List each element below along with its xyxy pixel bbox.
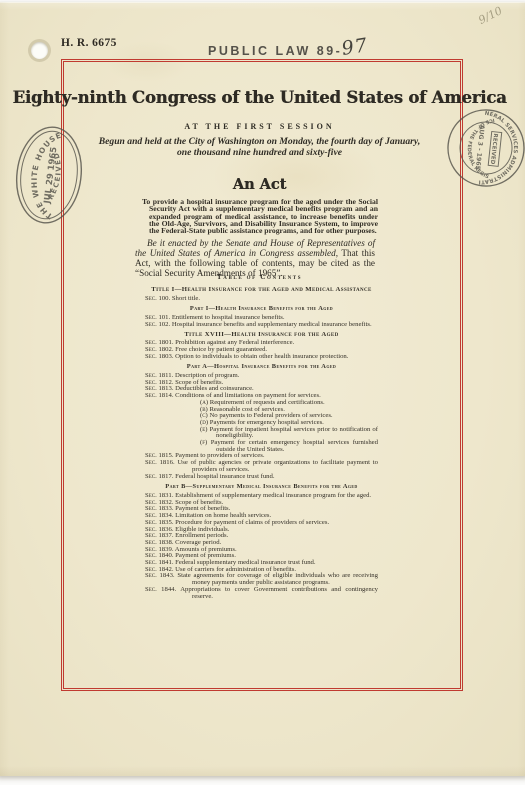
- public-law-stamp-text: PUBLIC LAW 89-: [208, 44, 342, 58]
- toc-entry-label: Sec. 1816.: [145, 459, 175, 466]
- toc-entry-sub: (f) Payment for certain emergency hospit…: [145, 440, 378, 453]
- bill-number: H. R. 6675: [61, 37, 117, 49]
- toc-entry-label: Sec. 1844.: [145, 586, 176, 593]
- toc-entry-sub: (e) Payment for inpatient hospital servi…: [145, 427, 378, 440]
- toc-entry-sec: Sec. 1817. Federal hospital insurance tr…: [145, 474, 378, 481]
- toc-entry-label: Sec. 100.: [145, 295, 170, 302]
- toc-entry-part: Part B—Supplementary Medical Insurance B…: [145, 484, 378, 491]
- toc-entry-sec: Sec. 1844. Appropriations to cover Gover…: [145, 587, 378, 600]
- toc-entry-sec: Sec. 1843. State agreements for coverage…: [145, 573, 378, 586]
- toc-entry-label: (e): [200, 426, 208, 433]
- gsa-received-stamp: GENERAL SERVICES ADMINISTRATION RECEIVED…: [442, 104, 525, 192]
- toc-entry-sec: Sec. 100. Short title.: [145, 296, 378, 303]
- congress-title: Eighty-ninth Congress of the United Stat…: [0, 88, 522, 107]
- punch-hole: [31, 42, 48, 59]
- toc-entry-label: Sec. 1843.: [145, 572, 175, 579]
- toc-entry-title: Title XVIII—Health Insurance for the Age…: [145, 332, 378, 339]
- public-law-number-handwritten: 97: [340, 34, 369, 60]
- gsa-stamp-received: RECEIVED: [489, 133, 498, 165]
- toc-entry-sec: Sec. 1816. Use of public agencies or pri…: [145, 460, 378, 473]
- toc-entry-label: Sec. 1817.: [145, 473, 174, 480]
- document-page: H. R. 6675 PUBLIC LAW 89-97 9/10 Eighty-…: [0, 2, 525, 776]
- toc-entry-label: Sec. 1814.: [145, 392, 174, 399]
- toc-entry-label: Sec. 1803.: [145, 353, 174, 360]
- public-law-stamp: PUBLIC LAW 89-97: [208, 38, 369, 60]
- toc-entry-label: Sec. 102.: [145, 321, 170, 328]
- toc-entry-label: (f): [200, 439, 207, 446]
- toc-entry-part: Part A—Hospital Insurance Benefits for t…: [145, 364, 378, 371]
- act-preamble: To provide a hospital insurance program …: [142, 198, 378, 234]
- toc-entry-sec: Sec. 1803. Option to individuals to obta…: [145, 354, 378, 361]
- toc-entry-part: Part I—Health Insurance Benefits for the…: [145, 306, 378, 313]
- table-of-contents: Title I—Health Insurance for the Aged an…: [145, 284, 378, 600]
- pencil-annotation: 9/10: [476, 4, 504, 27]
- white-house-received-stamp: THE WHITE HOUSE JUL 29 1965 RECEIVED: [9, 121, 89, 229]
- toc-entry-title: Title I—Health Insurance for the Aged an…: [145, 287, 378, 294]
- toc-heading: Table of Contents: [0, 273, 522, 281]
- toc-entry-sec: Sec. 102. Hospital insurance benefits an…: [145, 322, 378, 329]
- enacting-clause: Be it enacted by the Senate and House of…: [135, 238, 375, 278]
